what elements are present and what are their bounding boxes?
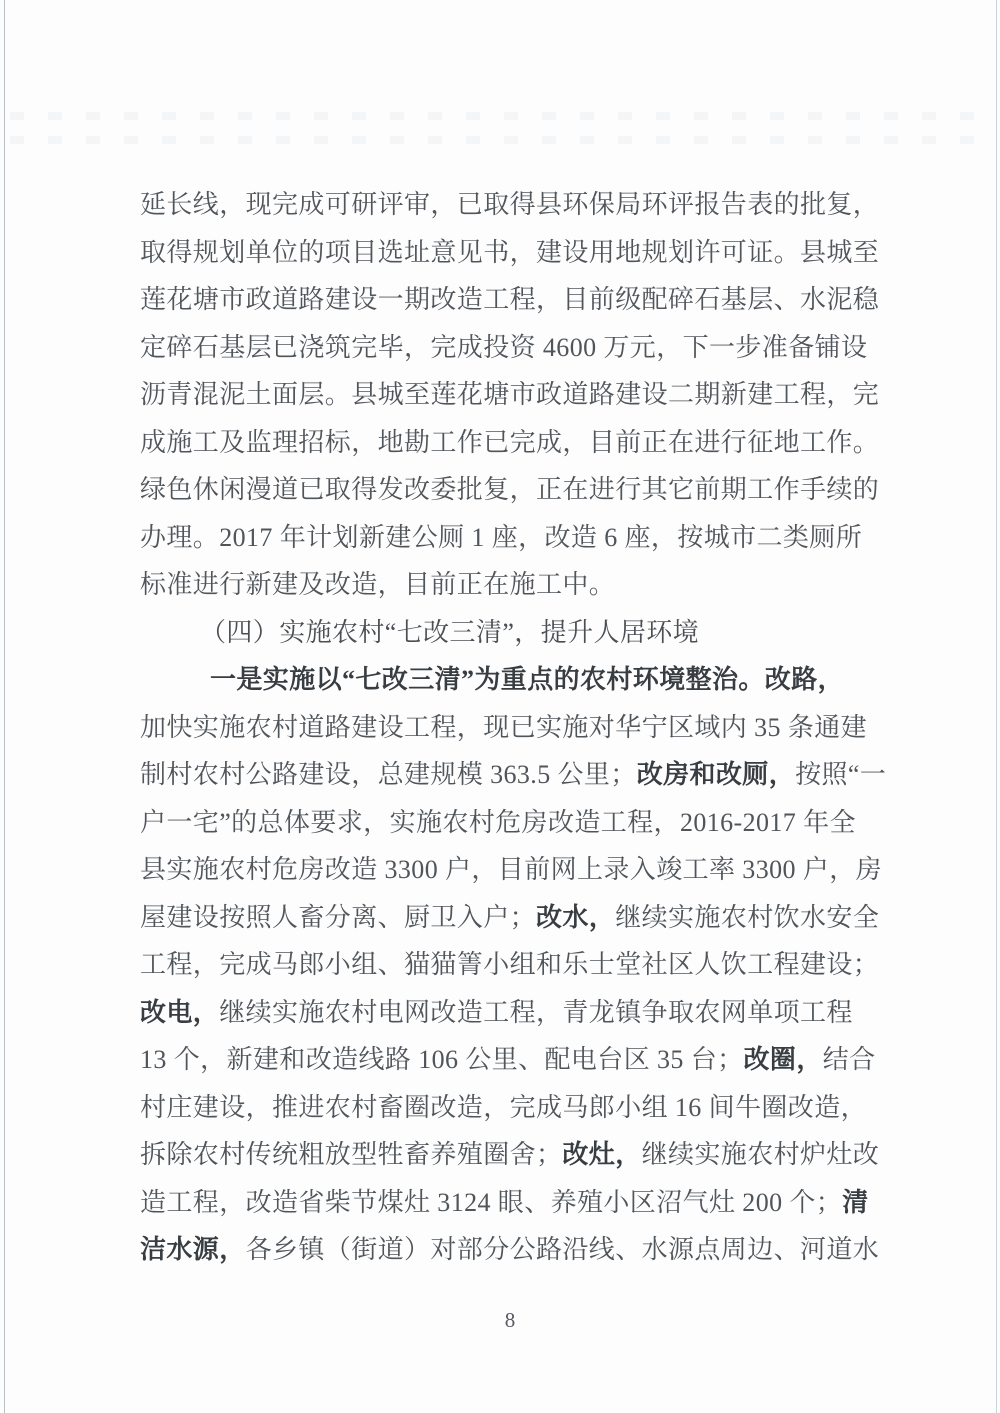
- text-segment: 沥青混泥土面层。县城至莲花塘市政道路建设二期新建工程，完: [140, 380, 879, 409]
- text-line: 办理。2017 年计划新建公厕 1 座，改造 6 座，按城市二类厕所: [140, 514, 885, 562]
- text-segment-bold: 改电，: [140, 998, 219, 1027]
- text-line: 莲花塘市政道路建设一期改造工程，目前级配碎石基层、水泥稳: [140, 276, 885, 324]
- text-line: 取得规划单位的项目选址意见书，建设用地规划许可证。县城至: [140, 229, 885, 277]
- text-segment-bold: 改水，: [536, 903, 615, 932]
- text-segment: 造工程，改造省柴节煤灶 3124 眼、养殖小区沼气灶 200 个；: [140, 1188, 842, 1217]
- text-segment: 继续实施农村炉灶改: [642, 1140, 880, 1169]
- text-segment-bold: 改圈，: [744, 1045, 823, 1074]
- text-line: 定碎石基层已浇筑完毕，完成投资 4600 万元，下一步准备铺设: [140, 324, 885, 372]
- text-line: 村庄建设，推进农村畜圈改造，完成马郎小组 16 间牛圈改造，: [140, 1084, 885, 1132]
- text-line: 制村农村公路建设，总建规模 363.5 公里；改房和改厕，按照“一: [140, 751, 885, 799]
- text-segment: 继续实施农村饮水安全: [615, 903, 879, 932]
- text-segment: 村庄建设，推进农村畜圈改造，完成马郎小组 16 间牛圈改造，: [140, 1093, 867, 1122]
- text-line: 屋建设按照人畜分离、厨卫入户；改水，继续实施农村饮水安全: [140, 894, 885, 942]
- text-segment: 标准进行新建及改造，目前正在施工中。: [140, 570, 615, 599]
- text-segment: 成施工及监理招标，地勘工作已完成，目前正在进行征地工作。: [140, 428, 879, 457]
- text-segment: 延长线，现完成可研评审，已取得县环保局环评报告表的批复，: [140, 190, 879, 219]
- text-line: 改电，继续实施农村电网改造工程，青龙镇争取农网单项工程: [140, 989, 885, 1037]
- text-line: 造工程，改造省柴节煤灶 3124 眼、养殖小区沼气灶 200 个；清: [140, 1179, 885, 1227]
- text-segment: 各乡镇（街道）对部分公路沿线、水源点周边、河道水: [246, 1235, 880, 1264]
- section-heading: （四）实施农村“七改三清”，提升人居环境: [140, 609, 885, 657]
- scan-edge-left: [4, 0, 5, 1413]
- text-segment: 加快实施农村道路建设工程，现已实施对华宁区域内 35 条通建: [140, 713, 867, 742]
- text-segment: 莲花塘市政道路建设一期改造工程，目前级配碎石基层、水泥稳: [140, 285, 879, 314]
- text-segment: 定碎石基层已浇筑完毕，完成投资 4600 万元，下一步准备铺设: [140, 333, 867, 362]
- text-line: 户一宅”的总体要求，实施农村危房改造工程，2016-2017 年全: [140, 799, 885, 847]
- text-segment: 结合: [823, 1045, 876, 1074]
- paragraph-lead: 一是实施以“七改三清”为重点的农村环境整治。改路，: [140, 656, 885, 704]
- text-line: 工程，完成马郎小组、猫猫箐小组和乐士堂社区人饮工程建设；: [140, 941, 885, 989]
- text-segment-bold: 清: [842, 1188, 868, 1217]
- text-segment: 工程，完成马郎小组、猫猫箐小组和乐士堂社区人饮工程建设；: [140, 950, 879, 979]
- text-line: 绿色休闲漫道已取得发改委批复，正在进行其它前期工作手续的: [140, 466, 885, 514]
- text-line: 洁水源，各乡镇（街道）对部分公路沿线、水源点周边、河道水: [140, 1226, 885, 1274]
- text-segment-bold: 改房和改厕，: [637, 760, 795, 789]
- bleedthrough-artifact: [10, 112, 985, 120]
- text-segment-bold: 改灶，: [562, 1140, 641, 1169]
- text-segment: 户一宅”的总体要求，实施农村危房改造工程，2016-2017 年全: [140, 808, 856, 837]
- text-line: 成施工及监理招标，地勘工作已完成，目前正在进行征地工作。: [140, 419, 885, 467]
- text-segment: 制村农村公路建设，总建规模 363.5 公里；: [140, 760, 637, 789]
- text-segment: 继续实施农村电网改造工程，青龙镇争取农网单项工程: [219, 998, 853, 1027]
- text-segment: （四）实施农村“七改三清”，提升人居环境: [200, 618, 699, 647]
- text-line: 13 个，新建和改造线路 106 公里、配电台区 35 台；改圈，结合: [140, 1036, 885, 1084]
- scan-edge-right: [996, 0, 997, 1413]
- text-segment: 县实施农村危房改造 3300 户，目前网上录入竣工率 3300 户，房: [140, 855, 882, 884]
- text-line: 延长线，现完成可研评审，已取得县环保局环评报告表的批复，: [140, 181, 885, 229]
- page-number: 8: [505, 1306, 516, 1334]
- document-page: 延长线，现完成可研评审，已取得县环保局环评报告表的批复， 取得规划单位的项目选址…: [0, 0, 1000, 1413]
- text-segment: 取得规划单位的项目选址意见书，建设用地规划许可证。县城至: [140, 238, 879, 267]
- text-line: 县实施农村危房改造 3300 户，目前网上录入竣工率 3300 户，房: [140, 846, 885, 894]
- text-line: 加快实施农村道路建设工程，现已实施对华宁区域内 35 条通建: [140, 704, 885, 752]
- text-segment-bold: 洁水源，: [140, 1235, 246, 1264]
- text-segment: 屋建设按照人畜分离、厨卫入户；: [140, 903, 536, 932]
- text-segment: 13 个，新建和改造线路 106 公里、配电台区 35 台；: [140, 1045, 744, 1074]
- text-segment: 拆除农村传统粗放型牲畜养殖圈舍；: [140, 1140, 562, 1169]
- text-segment-bold: 一是实施以“七改三清”为重点的农村环境整治。改路，: [210, 665, 844, 694]
- text-segment: 绿色休闲漫道已取得发改委批复，正在进行其它前期工作手续的: [140, 475, 879, 504]
- text-segment: 办理。2017 年计划新建公厕 1 座，改造 6 座，按城市二类厕所: [140, 523, 862, 552]
- bleedthrough-artifact: [10, 136, 985, 144]
- text-line: 标准进行新建及改造，目前正在施工中。: [140, 561, 885, 609]
- text-segment: 按照“一: [795, 760, 886, 789]
- text-line: 沥青混泥土面层。县城至莲花塘市政道路建设二期新建工程，完: [140, 371, 885, 419]
- text-line: 拆除农村传统粗放型牲畜养殖圈舍；改灶，继续实施农村炉灶改: [140, 1131, 885, 1179]
- document-body: 延长线，现完成可研评审，已取得县环保局环评报告表的批复， 取得规划单位的项目选址…: [140, 181, 885, 1274]
